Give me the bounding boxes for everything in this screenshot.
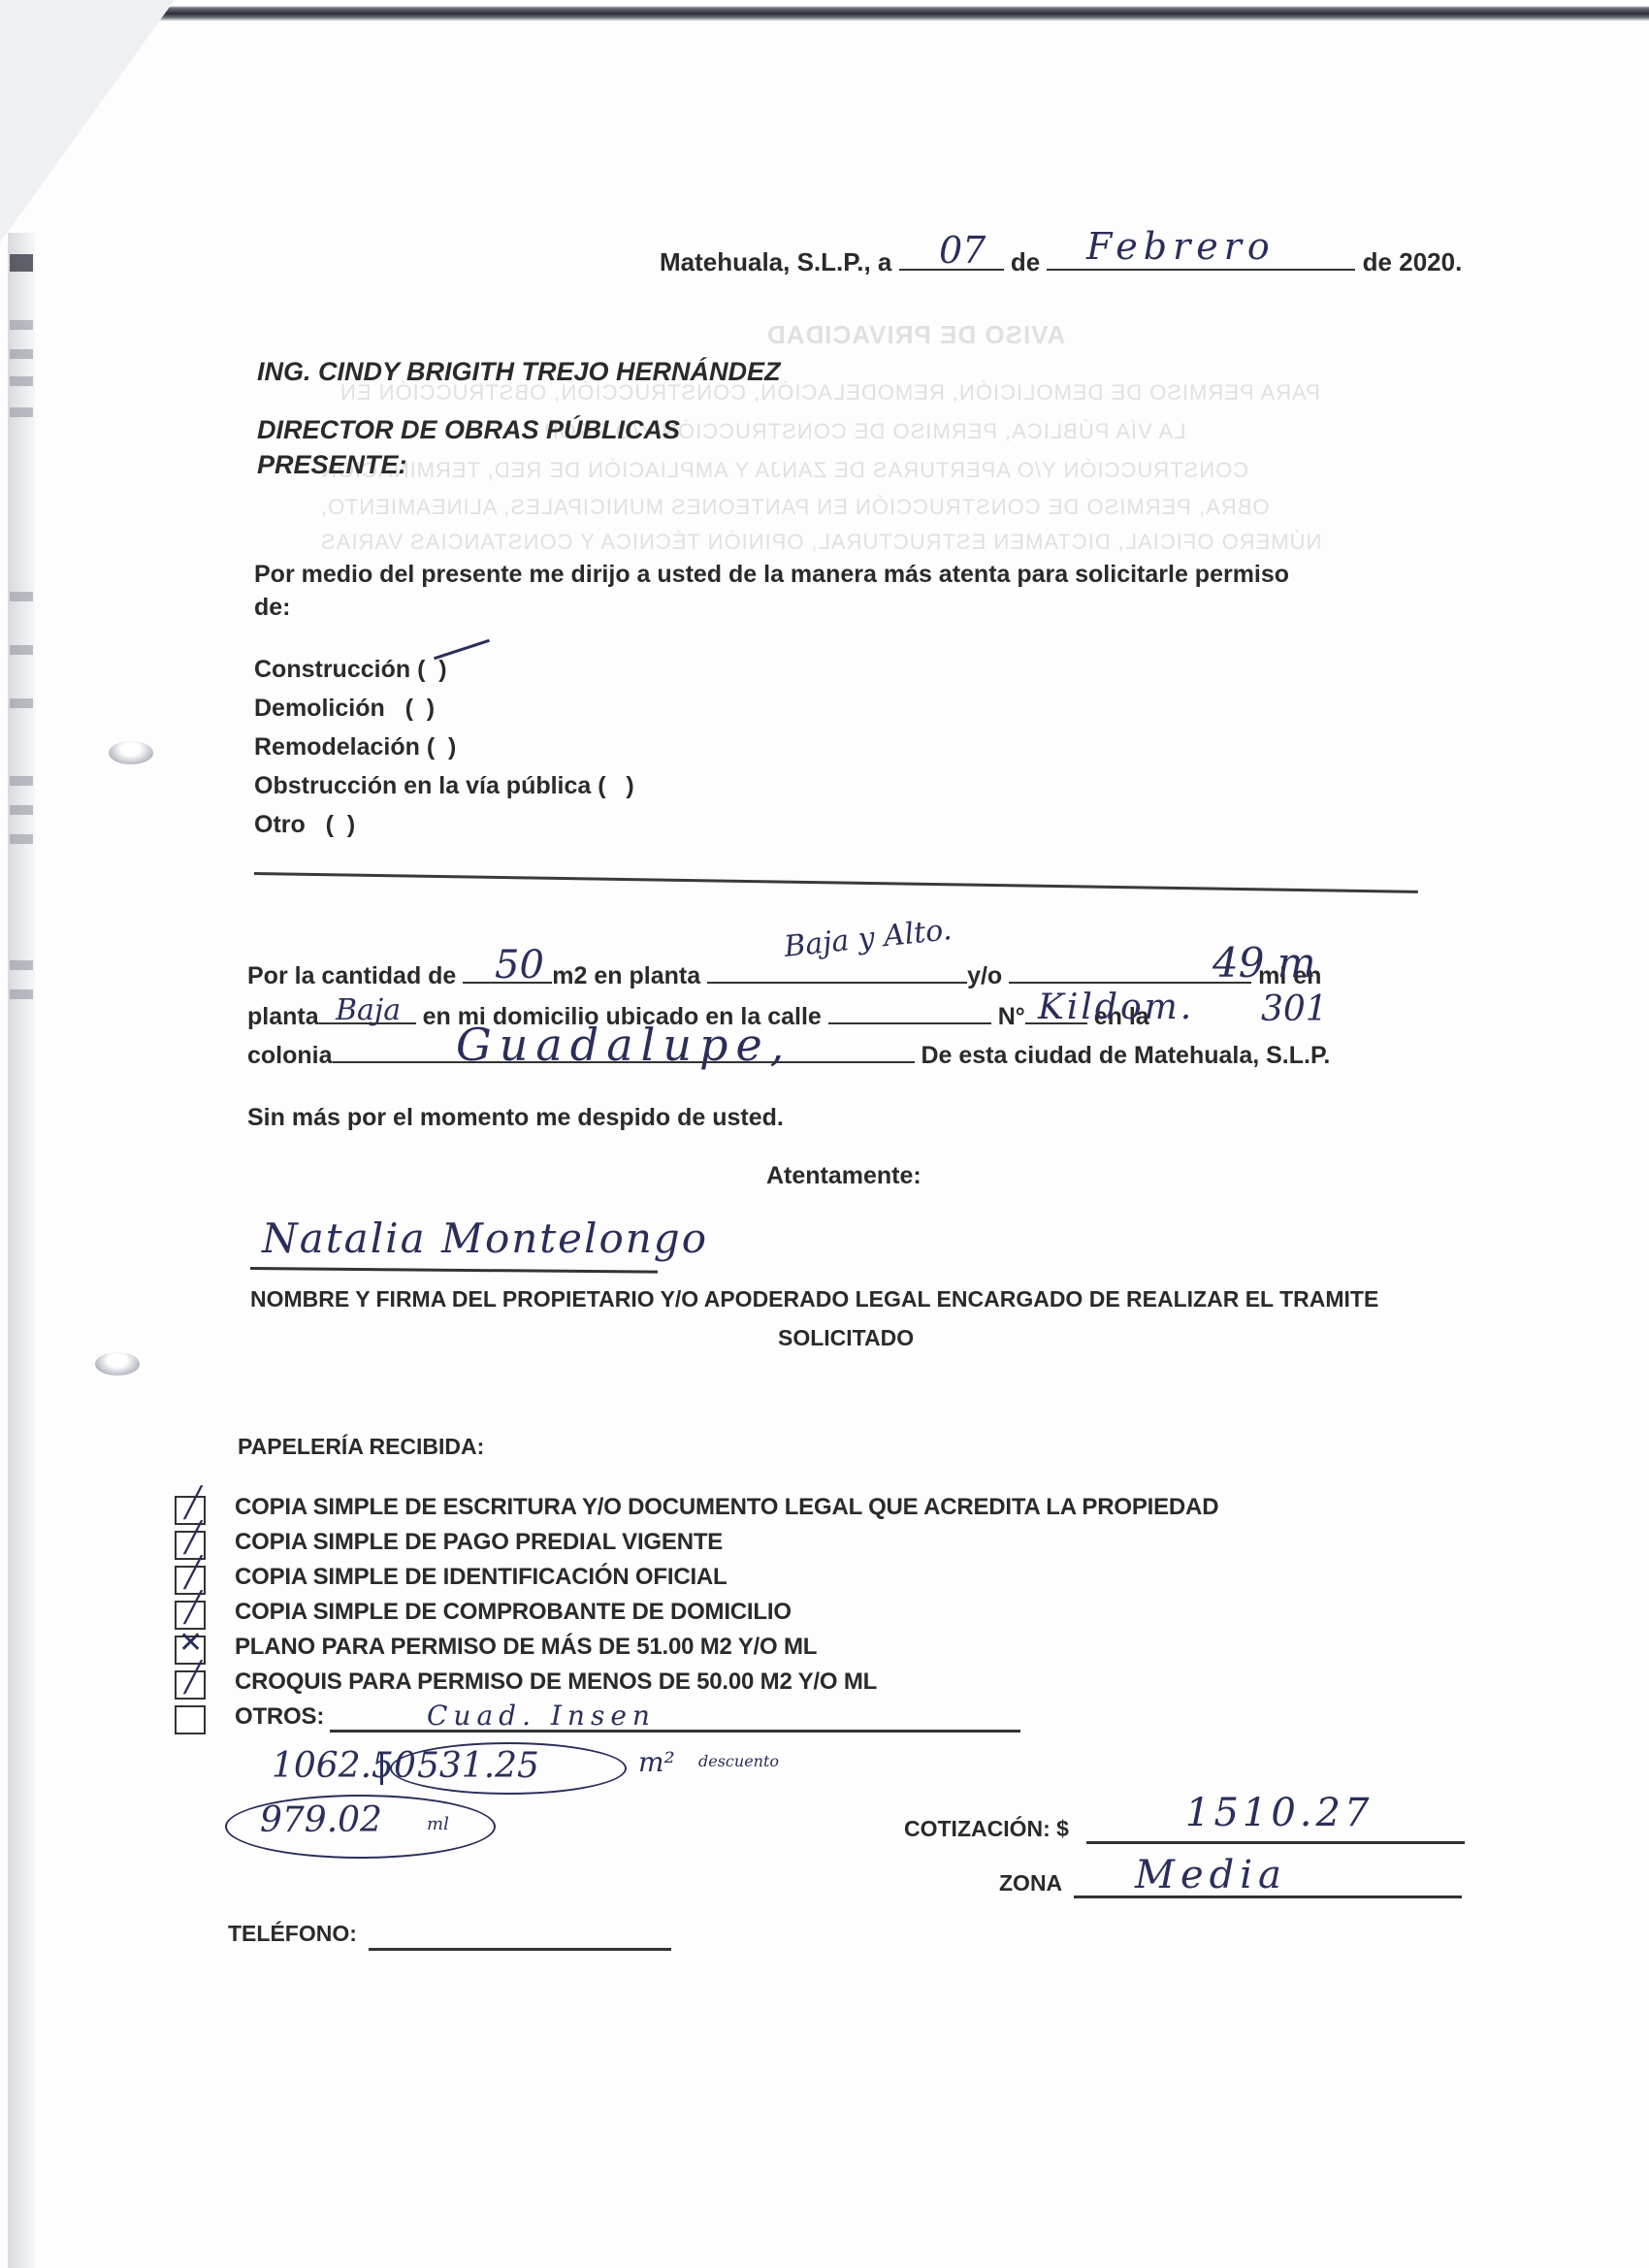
calle-field[interactable] (828, 1001, 991, 1024)
colonia-handwritten: Guadalupe, (456, 1019, 792, 1071)
papeleria-item-label: OTROS: (235, 1703, 324, 1731)
closing-text: Sin más por el momento me despido de ust… (247, 1106, 784, 1130)
otro-specify-line[interactable] (254, 872, 1418, 893)
papeleria-item-label: COPIA SIMPLE DE IDENTIFICACIÓN OFICIAL (235, 1564, 727, 1591)
permit-option-demolicion[interactable]: Demolición ( ) (254, 697, 435, 721)
papeleria-checkbox[interactable] (175, 1705, 206, 1734)
ghost-text: AVISO DE PRIVACIDAD (766, 320, 1065, 350)
strip-mark (10, 834, 33, 844)
cross-mark-icon: ✕ (178, 1626, 203, 1660)
strip-mark (10, 376, 33, 386)
telefono-label: TELÉFONO: (228, 1923, 357, 1945)
permit-label: Remodelación (254, 733, 420, 761)
check-mark-icon: ╱ (184, 1486, 202, 1520)
punch-hole (95, 1352, 140, 1376)
calc-line2: 979.02 (260, 1800, 382, 1840)
planta-m2-handwritten: Baja y Alto. (783, 913, 954, 964)
papeleria-item-label: CROQUIS PARA PERMISO DE MENOS DE 50.00 M… (235, 1669, 877, 1696)
papeleria-item-label: COPIA SIMPLE DE COMPROBANTE DE DOMICILIO (235, 1599, 792, 1626)
strip-mark (10, 805, 33, 815)
permit-option-remodelacion[interactable]: Remodelación ( ) (254, 735, 456, 760)
permit-label: Obstrucción en la vía pública (254, 772, 591, 799)
check-mark-icon (434, 639, 490, 660)
strip-mark (10, 645, 33, 655)
planta-label: planta (247, 1003, 319, 1030)
qty-prefix: Por la cantidad de (247, 962, 456, 989)
intro-line-2: de: (254, 596, 291, 620)
scan-left-strip (8, 233, 35, 2268)
check-mark-icon: ╱ (184, 1521, 202, 1555)
cotizacion-line[interactable] (1086, 1841, 1465, 1844)
otros-handwritten: Cuad. Insen (427, 1700, 656, 1732)
date-line: Matehuala, S.L.P., a de de 2020. (660, 247, 1462, 275)
calc-line1-b: 531.25 (417, 1746, 539, 1786)
qty-m2-handwritten: 50 (495, 943, 544, 988)
punch-hole (109, 741, 153, 764)
strip-mark (10, 989, 33, 999)
atentamente-label: Atentamente: (766, 1164, 921, 1188)
strip-mark (10, 960, 33, 970)
telefono-field[interactable] (369, 1948, 671, 1951)
signature-line[interactable] (250, 1267, 658, 1274)
permit-option-obstruccion[interactable]: Obstrucción en la vía pública ( ) (254, 774, 634, 798)
month-handwritten: Febrero (1086, 225, 1276, 268)
details-line-1: Por la cantidad de m2 en planta y/o ml e… (247, 960, 1321, 988)
permit-option-otro[interactable]: Otro ( ) (254, 813, 355, 837)
strip-mark (10, 320, 33, 330)
colonia-label: colonia (247, 1042, 333, 1069)
strip-mark (10, 592, 33, 601)
strip-mark (10, 698, 33, 708)
presente-label: PRESENTE: (257, 452, 407, 478)
calc-line2-unit: ml (427, 1814, 449, 1834)
signature-handwritten: Natalia Montelongo (262, 1215, 708, 1262)
numero-label: N° (998, 1003, 1025, 1030)
otros-line[interactable] (330, 1730, 1020, 1733)
check-mark-icon: ╱ (184, 1661, 202, 1695)
cotizacion-handwritten: 1510.27 (1185, 1791, 1373, 1835)
numero-handwritten: 301 (1261, 989, 1328, 1029)
qty-ml-handwritten: 49 m (1212, 939, 1316, 987)
ghost-text: OBRA, PERMISO DE CONSTRUCCIÓN EN PANTEON… (320, 495, 1270, 520)
ghost-text: NÚMERO OFICIAL, DICTAMEN ESTRUCTURAL, OP… (320, 530, 1321, 555)
zona-handwritten: Media (1135, 1853, 1287, 1897)
ghost-text: CONSTRUCCIÓN Y/O APERTURAS DE ZANJA Y AM… (320, 458, 1248, 483)
m2-label: m2 en planta (552, 962, 700, 989)
check-mark-icon: ╱ (184, 1556, 202, 1590)
strip-mark (10, 349, 33, 359)
papeleria-item-label: COPIA SIMPLE DE ESCRITURA Y/O DOCUMENTO … (235, 1494, 1218, 1521)
strip-mark (10, 254, 33, 272)
signature-caption-2: SOLICITADO (778, 1327, 914, 1349)
de-label: de (1011, 247, 1040, 276)
papeleria-item-label: COPIA SIMPLE DE PAGO PREDIAL VIGENTE (235, 1529, 723, 1556)
recipient-position: DIRECTOR DE OBRAS PÚBLICAS (257, 417, 680, 443)
folded-corner (0, 0, 175, 243)
signature-caption-1: NOMBRE Y FIRMA DEL PROPIETARIO Y/O APODE… (250, 1288, 1378, 1311)
planta-ml-handwritten: Baja (336, 993, 401, 1027)
recipient-name: ING. CINDY BRIGITH TREJO HERNÁNDEZ (257, 359, 781, 385)
scan-top-edge (0, 0, 1649, 25)
planta-m2-field[interactable] (707, 960, 967, 984)
place-prefix: Matehuala, S.L.P., a (660, 247, 891, 276)
calc-line1-note: descuento (698, 1752, 779, 1770)
permit-label: Otro (254, 811, 306, 838)
calle-handwritten: Kildom. (1038, 988, 1194, 1027)
permit-label: Construcción (254, 656, 410, 683)
intro-line-1: Por medio del presente me dirijo a usted… (254, 563, 1289, 587)
permit-label: Demolición (254, 695, 385, 722)
year-suffix: de 2020. (1363, 247, 1463, 276)
zona-label: ZONA (999, 1872, 1062, 1895)
check-mark-icon: ╱ (184, 1591, 202, 1625)
cotizacion-label: COTIZACIÓN: $ (904, 1818, 1069, 1840)
papeleria-item-label: PLANO PARA PERMISO DE MÁS DE 51.00 M2 Y/… (235, 1634, 817, 1661)
yo-label: y/o (967, 962, 1002, 989)
strip-mark (10, 776, 33, 786)
day-handwritten: 07 (939, 229, 986, 272)
calc-divider (380, 1752, 383, 1785)
calc-line1-unit: m² (638, 1746, 675, 1778)
papeleria-title: PAPELERÍA RECIBIDA: (238, 1436, 484, 1458)
strip-mark (10, 407, 33, 417)
permit-option-construccion[interactable]: Construcción ( ) (254, 658, 447, 682)
ciudad-text: De esta ciudad de Matehuala, S.L.P. (921, 1042, 1330, 1069)
